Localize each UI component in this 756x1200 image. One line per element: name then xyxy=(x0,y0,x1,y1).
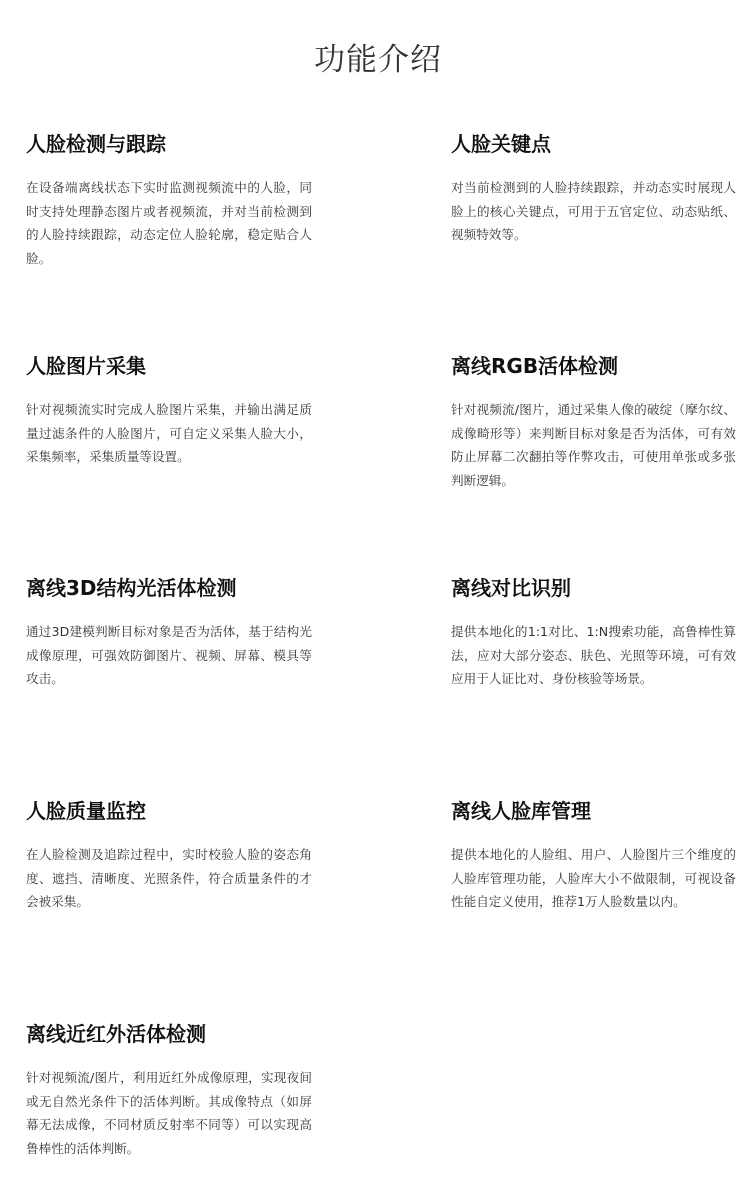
feature-description: 提供本地化的1:1对比、1:N搜索功能，高鲁棒性算法，应对大部分姿态、肤色、光照… xyxy=(451,620,736,691)
feature-title: 人脸图片采集 xyxy=(26,352,312,380)
feature-description: 对当前检测到的人脸持续跟踪，并动态实时展现人脸上的核心关键点，可用于五官定位、动… xyxy=(451,176,736,247)
feature-description: 针对视频流/图片，利用近红外成像原理，实现夜间或无自然光条件下的活体判断。其成像… xyxy=(26,1066,312,1160)
feature-description: 通过3D建模判断目标对象是否为活体，基于结构光成像原理，可强效防御图片、视频、屏… xyxy=(26,620,312,691)
page-title: 功能介绍 xyxy=(0,34,756,79)
feature-description: 针对视频流实时完成人脸图片采集，并输出满足质量过滤条件的人脸图片，可自定义采集人… xyxy=(26,398,312,469)
feature-offline-nir-liveness: 离线近红外活体检测 针对视频流/图片，利用近红外成像原理，实现夜间或无自然光条件… xyxy=(26,1020,312,1160)
feature-title: 离线人脸库管理 xyxy=(451,797,736,825)
feature-description: 在设备端离线状态下实时监测视频流中的人脸，同时支持处理静态图片或者视频流，并对当… xyxy=(26,176,312,270)
feature-description: 在人脸检测及追踪过程中，实时校验人脸的姿态角度、遮挡、清晰度、光照条件，符合质量… xyxy=(26,843,312,914)
feature-title: 人脸检测与跟踪 xyxy=(26,130,312,158)
feature-title: 离线近红外活体检测 xyxy=(26,1020,312,1048)
feature-title: 离线对比识别 xyxy=(451,574,736,602)
feature-face-keypoints: 人脸关键点 对当前检测到的人脸持续跟踪，并动态实时展现人脸上的核心关键点，可用于… xyxy=(451,130,736,247)
feature-title: 离线3D结构光活体检测 xyxy=(26,574,312,602)
feature-offline-3d-structured-light-liveness: 离线3D结构光活体检测 通过3D建模判断目标对象是否为活体，基于结构光成像原理，… xyxy=(26,574,312,691)
feature-offline-comparison-recognition: 离线对比识别 提供本地化的1:1对比、1:N搜索功能，高鲁棒性算法，应对大部分姿… xyxy=(451,574,736,691)
feature-offline-rgb-liveness: 离线RGB活体检测 针对视频流/图片，通过采集人像的破绽（摩尔纹、成像畸形等）来… xyxy=(451,352,736,492)
feature-face-image-capture: 人脸图片采集 针对视频流实时完成人脸图片采集，并输出满足质量过滤条件的人脸图片，… xyxy=(26,352,312,469)
feature-face-quality-monitoring: 人脸质量监控 在人脸检测及追踪过程中，实时校验人脸的姿态角度、遮挡、清晰度、光照… xyxy=(26,797,312,914)
feature-face-detection-tracking: 人脸检测与跟踪 在设备端离线状态下实时监测视频流中的人脸，同时支持处理静态图片或… xyxy=(26,130,312,270)
feature-offline-face-library-management: 离线人脸库管理 提供本地化的人脸组、用户、人脸图片三个维度的人脸库管理功能，人脸… xyxy=(451,797,736,914)
feature-title: 人脸关键点 xyxy=(451,130,736,158)
feature-description: 针对视频流/图片，通过采集人像的破绽（摩尔纹、成像畸形等）来判断目标对象是否为活… xyxy=(451,398,736,492)
feature-title: 离线RGB活体检测 xyxy=(451,352,736,380)
feature-title: 人脸质量监控 xyxy=(26,797,312,825)
feature-description: 提供本地化的人脸组、用户、人脸图片三个维度的人脸库管理功能，人脸库大小不做限制，… xyxy=(451,843,736,914)
